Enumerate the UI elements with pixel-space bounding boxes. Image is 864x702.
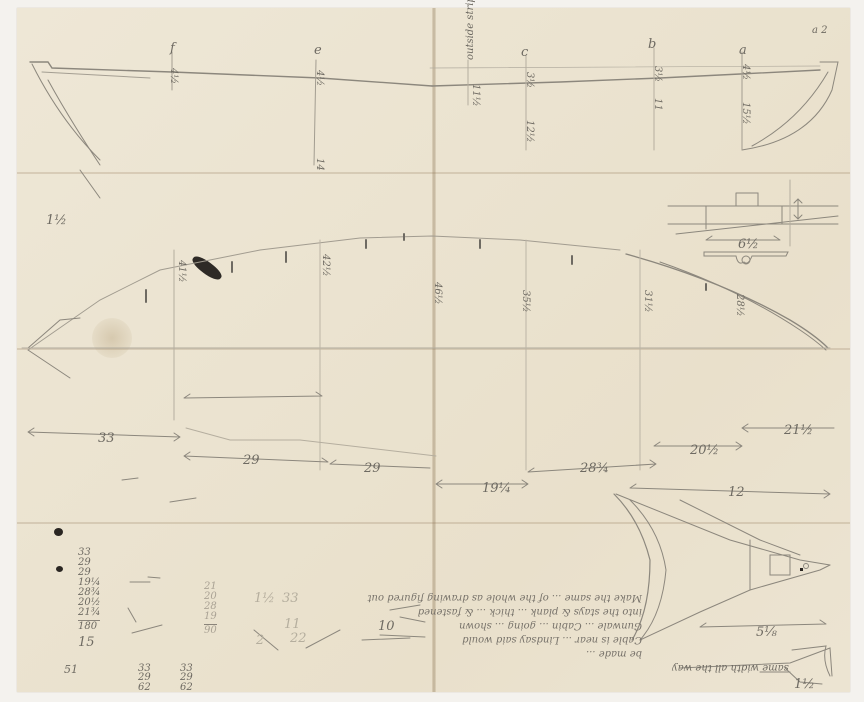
spacing-20h: 20½ [690,444,719,457]
misc-figure: 11 [284,618,301,631]
misc-figure: 22 [290,632,307,645]
sum-half: 15 [78,638,100,648]
misc-figure: 2 [256,634,264,647]
note-line-3: Gunwale ... Cabin ... going ... shown [432,618,642,632]
misc-figure: 62 [138,683,151,693]
spacing-29b: 29 [364,462,381,475]
spacing-21h: 21½ [784,424,813,437]
stem-dim: 1½ [794,678,815,691]
depth-b: 11 [652,98,662,111]
depth-e: 14 [314,158,324,171]
oarlock-width: 6½ [738,238,759,251]
sum-total: 90 [204,624,217,636]
corner-mark: a 2 [812,26,828,36]
breadth-c: 35½ [520,290,530,312]
station-label-b: b [648,38,656,51]
midship-label: 11½ [470,84,480,106]
height-f: 4½ [168,68,178,84]
stem-note: same width all the way [672,662,789,672]
height-e: 4½ [314,70,324,86]
note-line-5: be made ... [432,646,642,660]
breadth-a: 28½ [734,294,744,316]
outside-strip-note: outside strip [466,0,476,60]
station-label-f: f [170,42,175,55]
bow-curve [626,254,828,348]
oarlock-plate [704,252,788,263]
sheer-line-left [30,62,432,86]
station-label-a: a [739,44,747,57]
spacing-33: 33 [98,432,115,445]
misc-figure: 62 [180,683,193,693]
spacing-28tq: 28¾ [580,462,609,475]
height-a: 4½ [740,64,750,80]
height-c: 3½ [524,72,534,88]
stern-profile-outer [742,62,838,150]
left-margin-mark: 1½ [46,214,67,227]
dim-upper [184,392,322,398]
breadth-mid: 46½ [432,282,442,304]
misc-figure: 51 [64,664,78,675]
small-dim-10: 10 [378,620,395,633]
misc-figure: 33 [282,592,299,605]
note-line-1: Make the same ... of the whole as drawin… [432,590,642,604]
sheer-line-right [432,70,820,86]
breadth-b: 31½ [642,290,652,312]
misc-figure: 1½ [254,592,275,605]
height-b: 3½ [652,66,662,82]
depth-c: 12½ [524,120,534,142]
sum-column-2: 21 20 28 19 90 [204,582,217,636]
stem-length: 12 [728,486,745,499]
spacing-29a: 29 [243,454,260,467]
sum-column: 33 29 29 19¼ 28¾ 20½ 21¾ 180 15 [78,548,100,648]
breadth-f: 41½ [176,260,186,282]
sum-value: 19 [204,612,217,622]
station-label-c: c [521,46,528,59]
handwritten-note: be made ... Cable is near ... Lindsay sa… [432,590,642,660]
depth-a: 15½ [740,102,750,124]
sum-total: 180 [78,620,100,632]
station-label-e: e [314,44,322,57]
spacing-19q: 19¼ [482,482,511,495]
transom-width: 5⅛ [756,626,777,639]
note-line-4: Cable is near ... Lindsay said would [432,632,642,646]
note-line-2: into the stays & plank ... thick ... & f… [432,604,642,618]
sum-value: 21¾ [78,608,100,618]
breadth-e: 42½ [320,254,330,276]
